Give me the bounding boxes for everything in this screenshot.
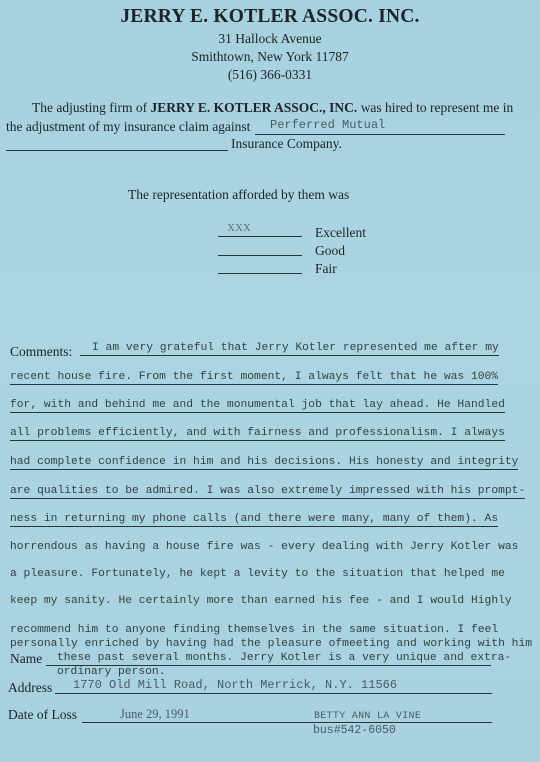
comments-line-10[interactable]: keep my sanity. He certainly more than e… bbox=[10, 595, 512, 607]
company-street: 31 Hallock Avenue bbox=[0, 31, 540, 47]
date-of-loss-value[interactable]: June 29, 1991 bbox=[120, 707, 190, 722]
comments-line-11[interactable]: recommend him to anyone finding themselv… bbox=[10, 624, 498, 636]
rating-label-fair: Fair bbox=[315, 261, 337, 277]
name-field-value-1[interactable]: these past several months. Jerry Kotler … bbox=[57, 652, 511, 664]
comments-line-2[interactable]: recent house fire. From the first moment… bbox=[10, 371, 498, 383]
name-label: Name bbox=[10, 651, 42, 667]
comments-line-8[interactable]: horrendous as having a house fire was - … bbox=[10, 541, 518, 553]
name-field-value-2[interactable]: ordinary person. bbox=[57, 666, 165, 678]
date-of-loss-label: Date of Loss bbox=[8, 707, 77, 723]
comments-line-3[interactable]: for, with and behind me and the monument… bbox=[10, 399, 505, 411]
comments-line-7[interactable]: ness in returning my phone calls (and th… bbox=[10, 513, 498, 525]
comments-text-3: for, with and behind me and the monument… bbox=[10, 399, 505, 413]
rating-line-fair[interactable] bbox=[218, 273, 302, 274]
comments-label: Comments: bbox=[10, 344, 72, 360]
document-page: JERRY E. KOTLER ASSOC. INC. 31 Hallock A… bbox=[0, 0, 540, 762]
intro-line-2: the adjustment of my insurance claim aga… bbox=[6, 119, 250, 135]
rating-label-excellent: Excellent bbox=[315, 225, 366, 241]
address-label: Address bbox=[8, 680, 52, 696]
comments-text-2: recent house fire. From the first moment… bbox=[10, 371, 498, 385]
rating-label-good: Good bbox=[315, 243, 345, 259]
insurer-field-line-2 bbox=[6, 150, 228, 151]
insurer-field-line bbox=[255, 134, 505, 135]
comments-line-4[interactable]: all problems efficiently, and with fairn… bbox=[10, 427, 505, 439]
intro-line-3: Insurance Company. bbox=[231, 136, 342, 152]
intro-line-1: The adjusting firm of JERRY E. KOTLER AS… bbox=[32, 100, 513, 116]
intro-suffix: was hired to represent me in bbox=[357, 100, 513, 115]
insurer-field-value[interactable]: Perferred Mutual bbox=[270, 118, 385, 132]
signature-phone: bus#542-6050 bbox=[313, 724, 396, 737]
comments-text-4: all problems efficiently, and with fairn… bbox=[10, 427, 505, 441]
comments-line-12[interactable]: personally enriched by having had the pl… bbox=[10, 638, 532, 650]
rating-mark-excellent[interactable]: XXX bbox=[227, 222, 251, 234]
comments-text-1: I am very grateful that Jerry Kotler rep… bbox=[80, 342, 499, 356]
rating-line-good[interactable] bbox=[218, 255, 302, 256]
date-of-loss-line bbox=[82, 722, 492, 723]
company-phone: (516) 366-0331 bbox=[0, 67, 540, 83]
signature-name: BETTY ANN LA VINE bbox=[314, 711, 421, 722]
intro-firm-name: JERRY E. KOTLER ASSOC., INC. bbox=[150, 100, 357, 115]
comments-text-6: are qualities to be admired. I was also … bbox=[10, 485, 525, 499]
rating-prompt: The representation afforded by them was bbox=[128, 187, 349, 203]
comments-line-6[interactable]: are qualities to be admired. I was also … bbox=[10, 485, 525, 497]
comments-text-5: had complete confidence in him and his d… bbox=[10, 456, 518, 470]
rating-line-excellent bbox=[218, 236, 302, 237]
comments-line-5[interactable]: had complete confidence in him and his d… bbox=[10, 456, 518, 468]
company-city: Smithtown, New York 11787 bbox=[0, 49, 540, 65]
intro-prefix: The adjusting firm of bbox=[32, 100, 150, 115]
comments-line-1[interactable]: I am very grateful that Jerry Kotler rep… bbox=[80, 342, 499, 354]
address-field-line bbox=[55, 693, 492, 694]
comments-text-7: ness in returning my phone calls (and th… bbox=[10, 513, 498, 527]
company-title: JERRY E. KOTLER ASSOC. INC. bbox=[0, 6, 540, 28]
comments-line-9[interactable]: a pleasure. Fortunately, he kept a levit… bbox=[10, 568, 505, 580]
address-field-value[interactable]: 1770 Old Mill Road, North Merrick, N.Y. … bbox=[73, 678, 397, 692]
